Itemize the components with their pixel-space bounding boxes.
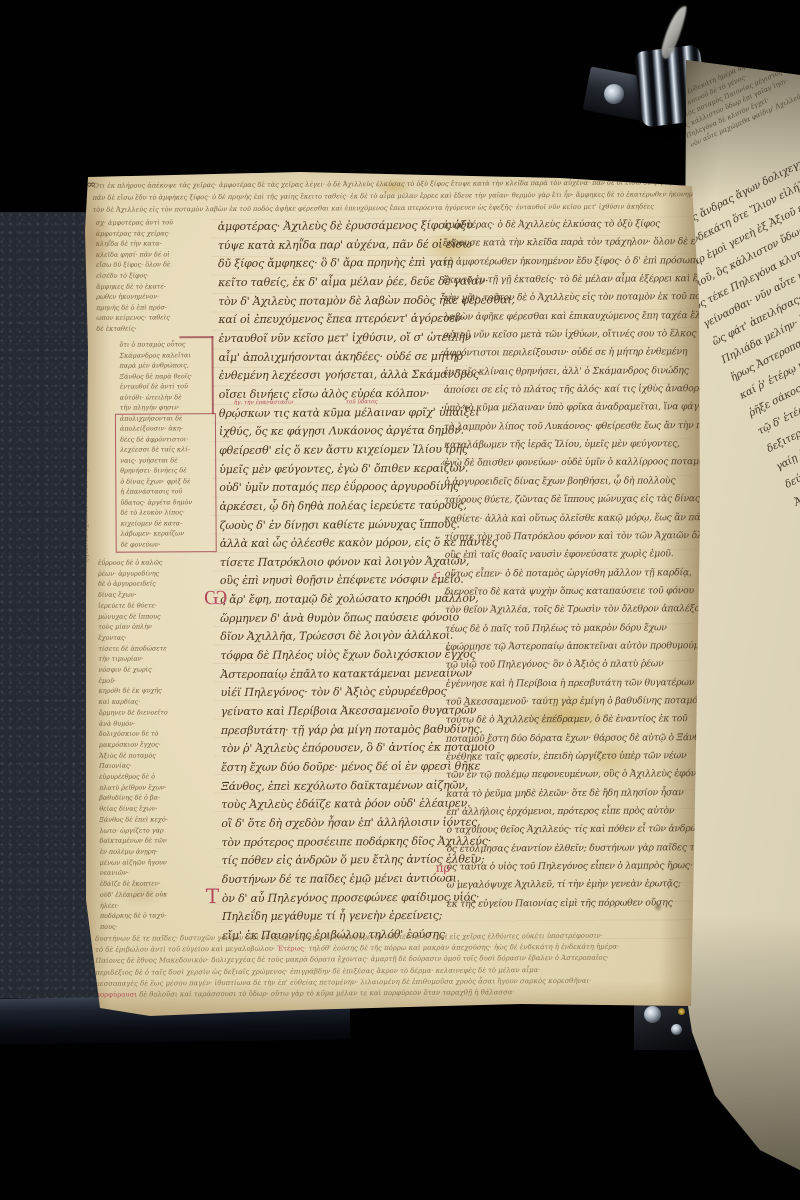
paraphrase-text: ὃς ἐτόλμησας ἐναντίον ἐλθεῖν; δυστήνων γ… — [447, 842, 719, 855]
rubricated-initial: πρ — [436, 859, 451, 877]
paraphrase-line: τῷ υἱῷ τοῦ Πηλεγόνος· ὃν ὁ Ἀξιὸς ὁ πλατὺ… — [445, 655, 685, 675]
paraphrase-text: τὸ ἀμφοτέρωθεν ἠκονημένον ἔδυ ξίφος· ὁ δ… — [443, 255, 706, 268]
scholia-line: πορφύρουσι δὲ θολοῦσι καὶ ταράσσουσι τὸ … — [95, 986, 695, 1001]
paraphrase-text: τῶν ἐν τῷ πολέμῳ πεφονευμένων, οὓς ὁ Ἀχι… — [446, 768, 711, 781]
verse-line: γείνατο καὶ Περίβοια Ἀκεσσαμενοῖο θυγατρ… — [221, 702, 441, 722]
verse-line: κεῖτο ταθείς, ἐκ δ' αἷμα μέλαν ῥέε, δεῦε… — [218, 273, 438, 293]
verse-line: δυστήνων δέ τε παῖδες ἐμῷ μένει ἀντιόωσι… — [222, 870, 442, 890]
rubricated-initial: Τ — [206, 887, 219, 906]
left-margin-scholia-block1: σχ· ἀμφοτέρας ἀντὶ τοῦἀμφοτέρας τὰς χεῖρ… — [96, 217, 219, 334]
paraphrase-line: τοῦ Ἀκεσσαμενοῦ· ταύτῃ γὰρ ἐμίγη ὁ βαθυδ… — [446, 692, 686, 712]
verse-text: υἱέϊ Πηλεγόνος· τὸν δ' Ἀξιὸς εὐρυρέεθρος — [221, 685, 447, 699]
left-margin-scholia-block3: ἐΰρροος δὲ ὁ καλῶςῥέων· ἀργυροδίνηςδὲ ὁ … — [98, 557, 222, 932]
verse-text: ἐνθεμένη λεχέεσσι γοήσεται, ἀλλὰ Σκάμανδ… — [219, 368, 479, 383]
paraphrase-text: ποταμοῦ ἔστη δύο δόρατα ἔχων· θάρσος δὲ … — [446, 732, 710, 745]
verse-line: οἳ δ' ὅτε δὴ σχεδὸν ἦσαν ἐπ' ἀλλήλοισιν … — [221, 814, 441, 834]
paraphrase-line: ἔκρουσε κατὰ τὴν κλεῖδα παρὰ τὸν τράχηλο… — [443, 234, 683, 254]
scholia-line: μακρόσκιον ἔγχος· — [99, 739, 221, 750]
red-interlinear-gloss: ἤγ. τὴν ἐπανάστασιν — [234, 400, 294, 406]
scholia-text: τὸ δὲ ἐριβώλου ἀντὶ τοῦ εὐγείου καὶ μεγα… — [95, 945, 277, 954]
verse-line: αἷμ' ἀπολιχμήσονται ἀκηδέες· οὐδέ σε μήτ… — [218, 347, 438, 367]
verse-text: ἀμφοτέρας· Ἀχιλεὺς δὲ ἐρυσσάμενος ξίφος … — [218, 219, 473, 234]
paraphrase-text: ἀποίσει σε εἰς τὸ πλάτος τῆς ἁλός· καί τ… — [444, 383, 712, 396]
verse-text: Πηλεΐδη μεγάθυμε τί ἦ γενεὴν ἐρεείνεις; — [222, 909, 442, 923]
manuscript-page: ∞ Ὅτι ἐκ πλήρους ἀπέκοψε τὰς χεῖρας· ἀμφ… — [85, 170, 701, 1018]
paraphrase-text: ὁ ἀργυροειδεῖς δίνας ἔχων βοηθήσει, ᾧ δὴ… — [444, 475, 675, 487]
scholia-line: τίσετε δὲ ἀποδώσετε — [98, 643, 220, 654]
paraphrase-line: ὑπὸ τὸ κῦμα μέλαιναν ὑπὸ φρῖκα ἀναδραμεῖ… — [444, 399, 684, 419]
paraphrase-line: τὸ ἀμφοτέρωθεν ἠκονημένον ἔδυ ξίφος· ὁ δ… — [443, 252, 683, 272]
scholia-line: πλατὺ ῥεῖθρον ἔχων· — [99, 782, 221, 793]
scholia-line: κλεῖδα φησί· πᾶν δέ οἱ — [96, 249, 218, 260]
screw-icon — [604, 84, 624, 104]
paraphrase-line: τὸ λαμπρὸν λίπος τοῦ Λυκάονος· φθείρεσθε… — [444, 417, 684, 437]
scholia-line: τὴν τιμωρίαν· — [98, 653, 220, 664]
paraphrase-text: τοῦ Ἀκεσσαμενοῦ· ταύτῃ γὰρ ἐμίγη ὁ βαθυδ… — [446, 695, 706, 708]
paraphrase-line: ἀφρόντιστοι περιλείξουσιν· οὐδέ σε ἡ μήτ… — [443, 344, 683, 364]
verse-line: οὓς ἐπὶ νηυσὶ θοῇσιν ἐπέφνετε νόσφιν ἐμε… — [220, 571, 440, 591]
scholia-line: εἴσω δῦ ξίφος· ὅλον δὲ — [96, 259, 218, 270]
verse-line: ὥρμηνεν δ' ἀνὰ θυμὸν ὅπως παύσειε φόνοιο — [220, 608, 440, 628]
scholia-text: δυστήνων δέ τε παῖδες· δυστυχῶν γονέων υ… — [95, 932, 603, 943]
paraphrase-text: κατὰ τὸ ῥεῦμα μηδὲ ἐλεῶν· ὅτε δὲ ἤδη πλη… — [446, 787, 683, 799]
scholia-line: τὸν δὲ Ἀχιλλεὺς εἰς τὸν ποταμὸν λαβὼν ἐκ… — [93, 200, 693, 216]
verse-text: τίσετε Πατρόκλοιο φόνον καὶ λοιγὸν Ἀχαιῶ… — [220, 554, 469, 569]
red-lemma: Ἑτέρως· — [277, 945, 306, 953]
paraphrase-text: ἐκ τῆς εὐγείου Παιονίας εἰμὶ τῆς πόρρωθε… — [447, 897, 673, 909]
verse-text: δῦ ξίφος ἄμφηκες· ὃ δ' ἄρα πρηνὴς ἐπὶ γα… — [218, 256, 453, 270]
scholia-line: πους· — [100, 921, 222, 932]
scholia-text: περιδέξιος δὲ ὁ ταῖς δυσὶ χερσὶν ὡς δεξι… — [95, 966, 540, 977]
verse-text: ὸν δ' αὖ Πηλεγόνος προσεφώνεε φαίδιμος υ… — [222, 890, 480, 905]
scholia-line: ῥέων· ἀργυροδίνης — [98, 568, 220, 579]
paraphrase-text: αὐτοῦ νῦν κεῖσο μετὰ τῶν ἰχθύων, οἵτινές… — [443, 328, 696, 341]
screw-icon — [671, 1024, 682, 1035]
scholia-line: ἐν πολέμῳ ἀνῃρη- — [100, 846, 222, 857]
scholia-line: ὅρμηνεν δὲ διενοεῖτο — [99, 707, 221, 718]
verse-text: ὑμεῖς μὲν φεύγοντες, ἐγὼ δ' ὄπιθεν κεραΐ… — [219, 461, 468, 476]
verse-text: ἔστη ἔχων δύο δοῦρε· μένος δέ οἱ ἐν φρεσ… — [221, 760, 480, 775]
bottom-margin-scholia: δυστήνων δέ τε παῖδες· δυστυχῶν γονέων υ… — [95, 930, 695, 1001]
paraphrase-text: ὁ ταχύπους θεῖος Ἀχιλλεύς· τίς καὶ πόθεν… — [446, 823, 706, 836]
paraphrase-line: τὸν θεῖον Ἀχιλλέα, τοῖς δὲ Τρωσὶν τὸν ὄλ… — [445, 600, 685, 620]
verse-text: Ξάνθος, ἐπεὶ κεχόλωτο δαϊκταμένων αἰζηῶν… — [221, 778, 468, 793]
scholia-line: καὶ καρδίας· — [99, 696, 221, 707]
scholia-line: Ἀξιὸς δὲ ποταμὸς — [99, 750, 221, 761]
paraphrase-text: ἐν ταῖς κλίναις θρηνήσει, ἀλλ' ὁ Σκάμανδ… — [444, 365, 689, 377]
paraphrase-text: καθίετε· ἀλλὰ καὶ οὕτως ὀλεῖσθε κακῷ μόρ… — [445, 511, 721, 524]
paraphrase-line: αὐτοῦ νῦν κεῖσο μετὰ τῶν ἰχθύων, οἵτινές… — [443, 325, 683, 345]
verse-line: τόφρα δὲ Πηλέος υἱὸς ἔχων δολιχόσκιον ἔγ… — [220, 646, 440, 666]
red-lemma: πορφύρουσι — [95, 991, 137, 999]
verse-line: ἀλλὰ καὶ ὧς ὀλέεσθε κακὸν μόρον, εἰς ὅ κ… — [220, 534, 440, 554]
paraphrase-text: ἐγὼ δὲ ὄπισθεν φονεύων· οὐδὲ ὑμῖν ὁ καλλ… — [444, 457, 709, 470]
scholia-line: κηρόθι δὲ ἐκ ψυχῆς — [99, 685, 221, 696]
verse-line: θρῴσκων τις κατὰ κῦμα μέλαιναν φρῖχ' ὑπα… — [219, 403, 439, 423]
scholia-line: δὲ ἐκταθείς· — [96, 323, 218, 334]
verse-line: ἰχθύς, ὅς κε φάγῃσι Λυκάονος ἀργέτα δημό… — [219, 422, 439, 442]
paraphrase-line: τέως δὲ ὁ παῖς τοῦ Πηλέως τὸ μακρὸν δόρυ… — [445, 619, 685, 639]
scholia-line: μένων αἰζηῶν ἤγουν — [100, 857, 222, 868]
scholia-line: ἀμφοτέρας τὰς χεῖρας· — [96, 228, 218, 239]
scholia-line: ἐΰρροος δὲ ὁ καλῶς — [98, 557, 220, 568]
verse-text: Ἀστεροπαίῳ ἐπᾶλτο κατακτάμεναι μενεαίνων — [220, 666, 471, 681]
paraphrase-text: λαβὼν ἀφῆκε φέρεσθαι καὶ ἐπικαυχώμενος ἔ… — [443, 310, 723, 323]
scholia-line: πρηνὴς δὲ ὁ ἐπὶ πρόσ- — [96, 302, 218, 313]
paraphrase-line: τῶν ἐν τῷ πολέμῳ πεφονευμένων, οὓς ὁ Ἀχι… — [446, 766, 686, 786]
verse-text: οἴσει δινήεις εἴσω ἁλὸς εὐρέα κόλπον· — [219, 387, 430, 401]
verse-line: Τὸν δ' αὖ Πηλεγόνος προσεφώνεε φαίδιμος … — [222, 888, 442, 908]
verse-text: ς ἄρ' ἔφη, ποταμῷ δὲ χολώσατο κηρόθι μᾶλ… — [220, 592, 479, 607]
paraphrase-text: ἀφρόντιστοι περιλείξουσιν· οὐδέ σε ἡ μήτ… — [443, 347, 687, 359]
verse-line: Ѡς ἄρ' ἔφη, ποταμῷ δὲ χολώσατο κηρόθι μᾶ… — [220, 590, 440, 610]
verse-text: τόφρα δὲ Πηλέος υἱὸς ἔχων δολιχόσκιον ἔγ… — [220, 648, 475, 663]
verse-line: τὸν πρότερος προσέειπε ποδάρκης δῖος Ἀχι… — [221, 832, 441, 852]
scholia-line: ἔχοντας· — [98, 632, 220, 643]
paraphrase-text: τὴν γῆν· τοῦτον δὲ ὁ Ἀχιλλεὺς εἰς τὸν πο… — [443, 291, 716, 304]
paraphrase-line: κατὰ τὸ ῥεῦμα μηδὲ ἐλεῶν· ὅτε δὲ ἤδη πλη… — [446, 784, 686, 804]
paraphrase-line: ἐκ τῆς εὐγείου Παιονίας εἰμὶ τῆς πόρρωθε… — [447, 894, 687, 914]
red-interlinear-gloss: τοῦ ὕδατος — [346, 399, 378, 405]
paraphrase-text: τῷ υἱῷ τοῦ Πηλεγόνος· ὃν ὁ Ἀξιὸς ὁ πλατὺ… — [445, 659, 663, 671]
paraphrase-text: ἔκειτο ἐν τῇ γῇ ἐκταθείς· τὸ δὲ μέλαν αἷ… — [443, 273, 723, 286]
paraphrase-line: ὁ ἀργυροειδεῖς δίνας ἔχων βοηθήσει, ᾧ δὴ… — [444, 472, 684, 492]
paraphrase-line: ἐπ' ἀλλήλοις ἐρχόμενοι, πρότερος εἶπε πρ… — [446, 802, 686, 822]
verse-text: ὥρμηνεν δ' ἀνὰ θυμὸν ὅπως παύσειε φόνοιο — [220, 610, 459, 624]
paraphrase-line: ἐγέννησε καὶ ἡ Περίβοια ἡ πρεσβυτάτη τῶν… — [445, 674, 685, 694]
verse-line: δῦ ξίφος ἄμφηκες· ὃ δ' ἄρα πρηνὴς ἐπὶ γα… — [218, 254, 438, 274]
paraphrase-line: ὃς ἐτόλμησας ἐναντίον ἐλθεῖν; δυστήνων γ… — [447, 839, 687, 859]
verse-line: καί οἱ ἐπευχόμενος ἔπεα πτερόεντ' ἀγόρευ… — [218, 310, 438, 330]
paraphrase-line: καθίετε· ἀλλὰ καὶ οὕτως ὀλεῖσθε κακῷ μόρ… — [444, 509, 684, 529]
verse-line: φθείρεσθ' εἰς ὅ κεν ἄστυ κιχείομεν Ἰλίου… — [219, 441, 439, 461]
page-content: ∞ Ὅτι ἐκ πλήρους ἀπέκοψε τὰς χεῖρας· ἀμφ… — [82, 168, 703, 1020]
scholia-text: δὲ θολοῦσι καὶ ταράσσουσι τὸ ὕδωρ· οὕτω … — [137, 988, 515, 998]
verse-text: οἳ δ' ὅτε δὴ σχεδὸν ἦσαν ἐπ' ἀλλήλοισιν … — [221, 815, 480, 830]
paraphrase-line: καταλάβωμεν τῆς ἱερᾶς Ἰλίου, ὑμεῖς μὲν φ… — [444, 435, 684, 455]
verse-text: φθείρεσθ' εἰς ὅ κεν ἄστυ κιχείομεν Ἰλίου… — [219, 442, 468, 457]
paraphrase-line: ἀποίσει σε εἰς τὸ πλάτος τῆς ἁλός· καί τ… — [444, 380, 684, 400]
paraphrase-line: ὦ μεγαλόψυχε Ἀχιλλεῦ, τί τὴν ἐμὴν γενεὰν… — [447, 876, 687, 896]
paraphrase-line: λαβὼν ἀφῆκε φέρεσθαι καὶ ἐπικαυχώμενος ἔ… — [443, 307, 683, 327]
paraphrase-text: ὦ μεγαλόψυχε Ἀχιλλεῦ, τί τὴν ἐμὴν γενεὰν… — [447, 879, 681, 891]
scholia-line: θείας δίνας ἔχων· — [99, 803, 221, 814]
verse-text: ἰχθύς, ὅς κε φάγῃσι Λυκάονος ἀργέτα δημό… — [219, 424, 464, 438]
scholia-line: δολιχόσκιον δὲ τὸ — [99, 728, 221, 739]
scholia-line: ἠλέει· — [100, 900, 222, 911]
gold-glint — [678, 1008, 685, 1015]
verse-text: τοὺς Ἀχιλεὺς ἐδάϊζε κατὰ ῥόον οὐδ' ἐλέαι… — [221, 797, 470, 812]
paraphrase-line: ταύρους θύετε, ζῶντας δὲ ἵππους μώνυχας … — [444, 490, 684, 510]
paraphrase-line: τίσητε τὸν τοῦ Πατρόκλου φόνον καὶ τὸν τ… — [445, 527, 685, 547]
scholia-line: Ξάνθος δὲ ἐπεὶ κεχό- — [99, 814, 221, 825]
verse-line: τοὺς Ἀχιλεὺς ἐδάϊζε κατὰ ῥόον οὐδ' ἐλέαι… — [221, 795, 441, 815]
paraphrase-text: τὸν θεῖον Ἀχιλλέα, τοῖς δὲ Τρωσὶν τὸν ὄλ… — [445, 603, 706, 616]
verse-line: ἀμφοτέρας· Ἀχιλεὺς δὲ ἐρυσσάμενος ξίφος … — [218, 217, 438, 237]
verse-text: ἐνταυθοῖ νῦν κεῖσο μετ' ἰχθύσιν, οἵ σ' ὠ… — [218, 330, 471, 345]
paraphrase-text: ἔκρουσε κατὰ τὴν κλεῖδα παρὰ τὸν τράχηλο… — [443, 236, 712, 249]
verse-text: πρεσβυτάτη· τῇ γάρ ῥα μίγη ποταμὸς βαθυδ… — [221, 722, 483, 737]
paraphrase-line: διενοεῖτο δὲ κατὰ ψυχὴν ὅπως καταπαύσειε… — [445, 582, 685, 602]
verse-line: υἱέϊ Πηλεγόνος· τὸν δ' Ἀξιὸς εὐρυρέεθρος — [221, 683, 441, 703]
scholia-line: λωτο· ὠργίζετο γὰρ — [99, 825, 221, 836]
scholia-line: σχ· ἀμφοτέρας ἀντὶ τοῦ — [96, 217, 218, 228]
scholia-line: δαϊκταμένων δὲ τῶν — [99, 835, 221, 846]
verse-line: ζωοὺς δ' ἐν δίνῃσι καθίετε μώνυχας ἵππου… — [220, 515, 440, 535]
paraphrase-column: ἀμφοτέρας· ὁ δὲ Ἀχιλλεὺς ἑλκύσας τὸ ὀξὺ … — [443, 215, 687, 914]
manuscript-photo-scene: τὸ δὲ ἑνδεκάτη ἡμέρα ἀφ' οὗ ἦλθον·ἀπὸ κο… — [0, 0, 800, 1200]
scholia-line: βαθυδίνης δὲ ὁ βα- — [99, 793, 221, 804]
verse-text: θρῴσκων τις κατὰ κῦμα μέλαιναν φρῖχ' ὑπα… — [219, 405, 480, 420]
verse-text: οὓς ἐπὶ νηυσὶ θοῇσιν ἐπέφνετε νόσφιν ἐμε… — [220, 573, 464, 587]
scholia-line: εὐρυρέεθρος δὲ ὁ — [99, 771, 221, 782]
paraphrase-text: ὸς ταῦτα ὁ υἱὸς τοῦ Πηλεγόνος εἶπεν ὁ λα… — [447, 860, 693, 873]
verse-line: δῖον Ἀχιλλῆα, Τρώεσσι δὲ λοιγὸν ἀλάλκοι. — [220, 627, 440, 647]
paraphrase-line: ἔκειτο ἐν τῇ γῇ ἐκταθείς· τὸ δὲ μέλαν αἷ… — [443, 270, 683, 290]
paraphrase-text: ἀμφοτέρας· ὁ δὲ Ἀχιλλεὺς ἑλκύσας τὸ ὀξὺ … — [443, 218, 660, 230]
paraphrase-text: οὕτως εἶπεν· ὁ δὲ ποταμὸς ὠργίσθη μᾶλλον… — [445, 567, 692, 580]
scholia-line: ἱερεύετε δὲ θύετε· — [98, 600, 220, 611]
verse-line: ἐνθεμένη λεχέεσσι γοήσεται, ἀλλὰ Σκάμανδ… — [219, 366, 439, 386]
scholia-line: ποδάρκης δὲ ὁ ταχύ- — [100, 910, 222, 921]
paraphrase-text: ἐγέννησε καὶ ἡ Περίβοια ἡ πρεσβυτάτη τῶν… — [446, 677, 695, 690]
gutter-shadow-top — [676, 55, 800, 205]
verse-text: γείνατο καὶ Περίβοια Ἀκεσσαμενοῖο θυγατρ… — [221, 704, 477, 719]
paraphrase-text: τὸ λαμπρὸν λίπος τοῦ Λυκάονος· φθείρεσθε… — [444, 420, 722, 433]
scholia-line: δίνας ἔχων· — [98, 589, 220, 600]
verse-line: τίς πόθεν εἰς ἀνδρῶν ὅ μευ ἔτλης ἀντίος … — [222, 851, 442, 871]
iliad-verse-column: ἀμφοτέρας· Ἀχιλεὺς δὲ ἐρυσσάμενος ξίφος … — [218, 217, 442, 946]
verse-line: Ξάνθος, ἐπεὶ κεχόλωτο δαϊκταμένων αἰζηῶν… — [221, 776, 441, 796]
paraphrase-text: τέως δὲ ὁ παῖς τοῦ Πηλέως τὸ μακρὸν δόρυ… — [445, 622, 667, 634]
verse-line: Ἀστεροπαίῳ ἐπᾶλτο κατακτάμεναι μενεαίνων — [220, 664, 440, 684]
paraphrase-text: καταλάβωμεν τῆς ἱερᾶς Ἰλίου, ὑμεῖς μὲν φ… — [444, 438, 680, 450]
verse-text: δῖον Ἀχιλλῆα, Τρώεσσι δὲ λοιγὸν ἀλάλκοι. — [220, 629, 453, 643]
paraphrase-line: ἐν ταῖς κλίναις θρηνήσει, ἀλλ' ὁ Σκάμανδ… — [444, 362, 684, 382]
verse-text: τύψε κατὰ κληῗδα παρ' αὐχένα, πᾶν δέ οἱ … — [218, 237, 472, 252]
scholia-line: Παιονίας· — [99, 760, 221, 771]
paraphrase-text: ὑπὸ τὸ κῦμα μέλαιναν ὑπὸ φρῖκα ἀναδραμεῖ… — [444, 402, 704, 415]
verse-line: ἔστη ἔχων δύο δοῦρε· μένος δέ οἱ ἐν φρεσ… — [221, 758, 441, 778]
scholia-text: τηλόθ' ἐούσης δὲ τῆς πόρρω καὶ μακρὰν ἀπ… — [306, 943, 619, 953]
scholia-text: μεσσοπαγὲς δὲ ἕως μέσου παγέν· ἰθυπτίωνα… — [95, 977, 591, 988]
verse-line: Πηλεΐδη μεγάθυμε τί ἦ γενεὴν ἐρεείνεις; — [222, 907, 442, 927]
paraphrase-text: ἐνέθηκε ταῖς φρεσίν, ἐπειδὴ ὠργίζετο ὑπὲ… — [446, 750, 686, 762]
screw-icon — [644, 1006, 661, 1023]
top-margin-scholia: Ὅτι ἐκ πλήρους ἀπέκοψε τὰς χεῖρας· ἀμφοτ… — [92, 176, 692, 216]
paraphrase-line: ϛοὕτως εἶπεν· ὁ δὲ ποταμὸς ὠργίσθη μᾶλλο… — [445, 564, 685, 584]
verse-line: τίσετε Πατρόκλοιο φόνον καὶ λοιγὸν Ἀχαιῶ… — [220, 553, 440, 573]
scholia-line: ἄμφηκες δὲ τὸ ἑκατέ- — [96, 281, 218, 292]
verse-text: αἷμ' ἀπολιχμήσονται ἀκηδέες· οὐδέ σε μήτ… — [219, 349, 463, 363]
paraphrase-line: οὓς ἐπὶ ταῖς θοαῖς ναυσὶν ἐφονεύσατε χωρ… — [445, 545, 685, 565]
verse-text: οὐδ' ὑμῖν ποταμός περ ἐΰρροος ἀργυροδίνη… — [219, 480, 459, 494]
verse-text: ἀρκέσει, ᾧ δὴ δηθὰ πολέας ἱερεύετε ταύρο… — [219, 498, 466, 513]
paraphrase-text: οὓς ἐπὶ ταῖς θοαῖς ναυσὶν ἐφονεύσατε χωρ… — [445, 548, 674, 560]
paraphrase-line: ποταμοῦ ἔστη δύο δόρατα ἔχων· θάρσος δὲ … — [446, 729, 686, 749]
verse-line: οὐδ' ὑμῖν ποταμός περ ἐΰρροος ἀργυροδίνη… — [219, 478, 439, 498]
scholia-line: νεανιῶν· — [100, 867, 222, 878]
scholia-line: μώνυχας δὲ ἵππους — [98, 611, 220, 622]
paraphrase-line: ἀμφοτέρας· ὁ δὲ Ἀχιλλεὺς ἑλκύσας τὸ ὀξὺ … — [443, 215, 683, 235]
verse-line: τὸν ῥ' Ἀχιλεὺς ἐπόρουσεν, ὃ δ' ἀντίος ἐκ… — [221, 739, 441, 759]
verse-text: δυστήνων δέ τε παῖδες ἐμῷ μένει ἀντιόωσι… — [222, 872, 460, 886]
paraphrase-line: ἐγὼ δὲ ὄπισθεν φονεύων· οὐδὲ ὑμῖν ὁ καλλ… — [444, 454, 684, 474]
scholia-line: ἐμοῦ· — [98, 675, 220, 686]
scholia-line: οὐδ' ἐλέαιρεν δὲ οὐκ — [100, 889, 222, 900]
paraphrase-text: ταύρους θύετε, ζῶντας δὲ ἵππους μώνυχας … — [444, 493, 699, 506]
paraphrase-line: ἐφώρμησε τῷ Ἀστεροπαίῳ ἀποκτεῖναι αὐτὸν … — [445, 637, 685, 657]
paraphrase-line: τὴν γῆν· τοῦτον δὲ ὁ Ἀχιλλεὺς εἰς τὸν πο… — [443, 289, 683, 309]
scholia-line: εἰσέδυ τὸ ξίφος· — [96, 270, 218, 281]
paraphrase-line: ἐνέθηκε ταῖς φρεσίν, ἐπειδὴ ὠργίζετο ὑπὲ… — [446, 747, 686, 767]
scholia-text: Παίονες δὲ ἔθνος Μακεδονικόν· δολιχεγχέα… — [95, 954, 609, 965]
paraphrase-text: τούτῳ δὲ ὁ Ἀχιλλεὺς ἐπέδραμεν, ὁ δὲ ἐναν… — [446, 713, 688, 725]
paraphrase-text: ἐφώρμησε τῷ Ἀστεροπαίῳ ἀποκτεῖναι αὐτὸν … — [445, 640, 722, 653]
paraphrase-line: ὁ ταχύπους θεῖος Ἀχιλλεύς· τίς καὶ πόθεν… — [446, 821, 686, 841]
verse-line: ἀρκέσει, ᾧ δὴ δηθὰ πολέας ἱερεύετε ταύρο… — [219, 497, 439, 517]
scholia-line: τοὺς μίαν ὁπλὴν — [98, 621, 220, 632]
verse-line: ὑμεῖς μὲν φεύγοντες, ἐγὼ δ' ὄπιθεν κεραΐ… — [219, 459, 439, 479]
paraphrase-text: διενοεῖτο δὲ κατὰ ψυχὴν ὅπως καταπαύσειε… — [445, 585, 694, 598]
verse-line: τύψε κατὰ κληῗδα παρ' αὐχένα, πᾶν δέ οἱ … — [218, 235, 438, 255]
verse-text: καί οἱ ἐπευχόμενος ἔπεα πτερόεντ' ἀγόρευ… — [218, 312, 465, 327]
scholia-line: ἐδάϊζε δὲ ἔκοπτεν· — [100, 878, 222, 889]
verse-line: ἐνταυθοῖ νῦν κεῖσο μετ' ἰχθύσιν, οἵ σ' ὠ… — [218, 329, 438, 349]
paraphrase-line: τούτῳ δὲ ὁ Ἀχιλλεὺς ἐπέδραμεν, ὁ δὲ ἐναν… — [446, 710, 686, 730]
rubricated-initial: ϛ — [434, 565, 441, 583]
scholia-line: κληῗδα δὲ τὴν κατα- — [96, 238, 218, 249]
rubricated-initial: Ѡ — [204, 588, 227, 607]
scholia-line: δὲ ὁ ἀργυροειδεῖς — [98, 578, 220, 589]
scholia-line: ωπον κείμενος· ταθεὶς — [96, 312, 218, 323]
paraphrase-text: ἐπ' ἀλλήλοις ἐρχόμενοι, πρότερος εἶπε πρ… — [446, 805, 674, 817]
verse-text: ζωοὺς δ' ἐν δίνῃσι καθίετε μώνυχας ἵππου… — [220, 517, 460, 531]
scholia-line: ἀνὰ θυμόν· — [99, 718, 221, 729]
paraphrase-line: πρὸς ταῦτα ὁ υἱὸς τοῦ Πηλεγόνος εἶπεν ὁ … — [447, 857, 687, 877]
scholia-line: ρωθεν ἠκονημένον· — [96, 291, 218, 302]
verse-line: πρεσβυτάτη· τῇ γάρ ῥα μίγη ποταμὸς βαθυδ… — [221, 720, 441, 740]
red-bracket-horizontal — [179, 336, 213, 338]
verse-line: τὸν δ' Ἀχιλεὺς ποταμὸν δὲ λαβὼν ποδὸς ἧκ… — [218, 291, 438, 311]
scholia-line: νόσφιν δὲ χωρὶς — [98, 664, 220, 675]
paraphrase-text: τίσητε τὸν τοῦ Πατρόκλου φόνον καὶ τὸν τ… — [445, 530, 732, 543]
